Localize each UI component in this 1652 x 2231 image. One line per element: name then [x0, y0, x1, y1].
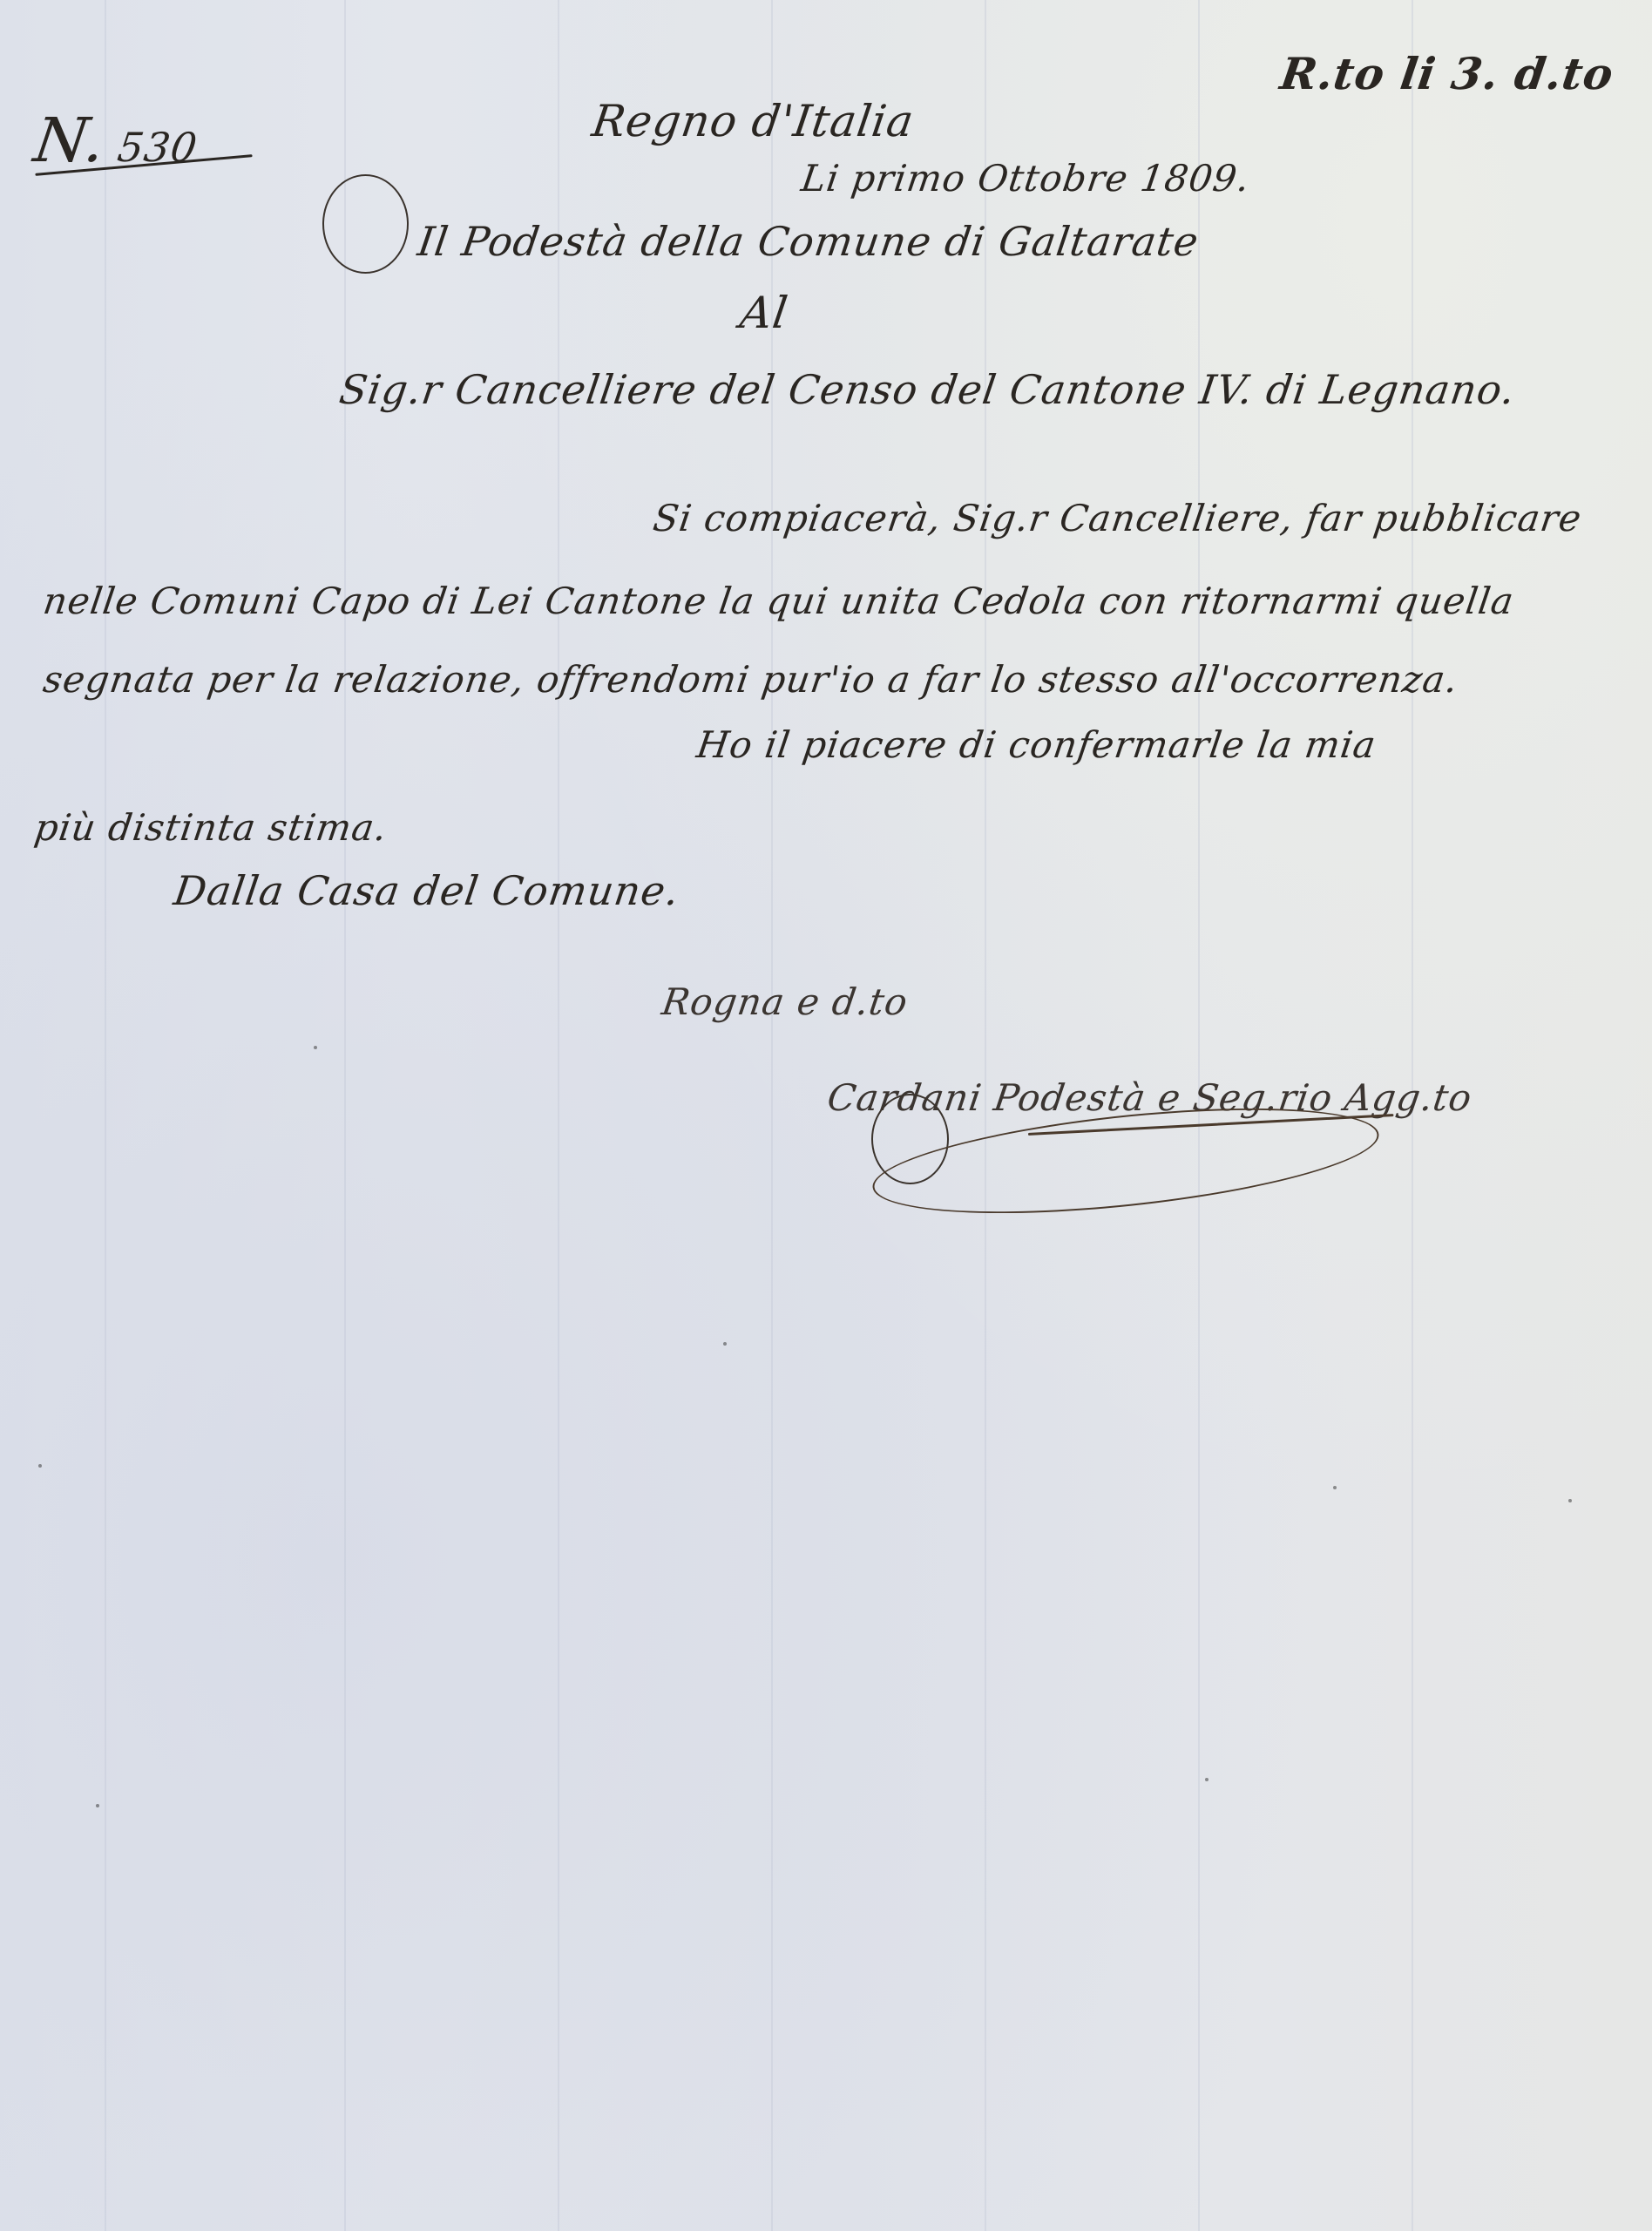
header-sender: Il Podestà della Comune di Galtarate [415, 218, 1202, 265]
paper-speck [1333, 1486, 1337, 1489]
paper-speck [723, 1342, 727, 1346]
paper-speck [1568, 1499, 1572, 1502]
closing-line: Rogna e d.to [660, 980, 911, 1023]
body-line-4: Ho il piacere di confermarle la mia [694, 723, 1379, 766]
header-kingdom: Regno d'Italia [589, 96, 917, 146]
top-right-note: R.to li 3. d.to [1277, 48, 1617, 99]
reference-number-label: N. [30, 105, 111, 176]
body-line-1: Si compiacerà, Sig.r Cancelliere, far pu… [651, 497, 1585, 539]
paper-speck [38, 1464, 42, 1468]
body-line-5: più distinta stima. [32, 806, 390, 849]
paper-chain-line [105, 0, 106, 2231]
body-line-3: segnata per la relazione, offrendomi pur… [41, 658, 1461, 701]
document-page: N. 530 R.to li 3. d.to Regno d'Italia Li… [0, 0, 1652, 2231]
paper-chain-line [344, 0, 346, 2231]
paper-speck [1205, 1778, 1209, 1781]
paper-speck [314, 1046, 317, 1049]
paper-chain-line [558, 0, 559, 2231]
header-addressee-prefix: Al [737, 288, 791, 338]
initial-flourish [322, 174, 409, 274]
paper-speck [96, 1804, 99, 1807]
header-date: Li primo Ottobre 1809. [799, 157, 1253, 200]
body-line-2: nelle Comuni Capo di Lei Cantone la qui … [41, 580, 1517, 622]
header-addressee: Sig.r Cancelliere del Censo del Cantone … [336, 366, 1519, 413]
body-line-6: Dalla Casa del Comune. [171, 867, 682, 914]
